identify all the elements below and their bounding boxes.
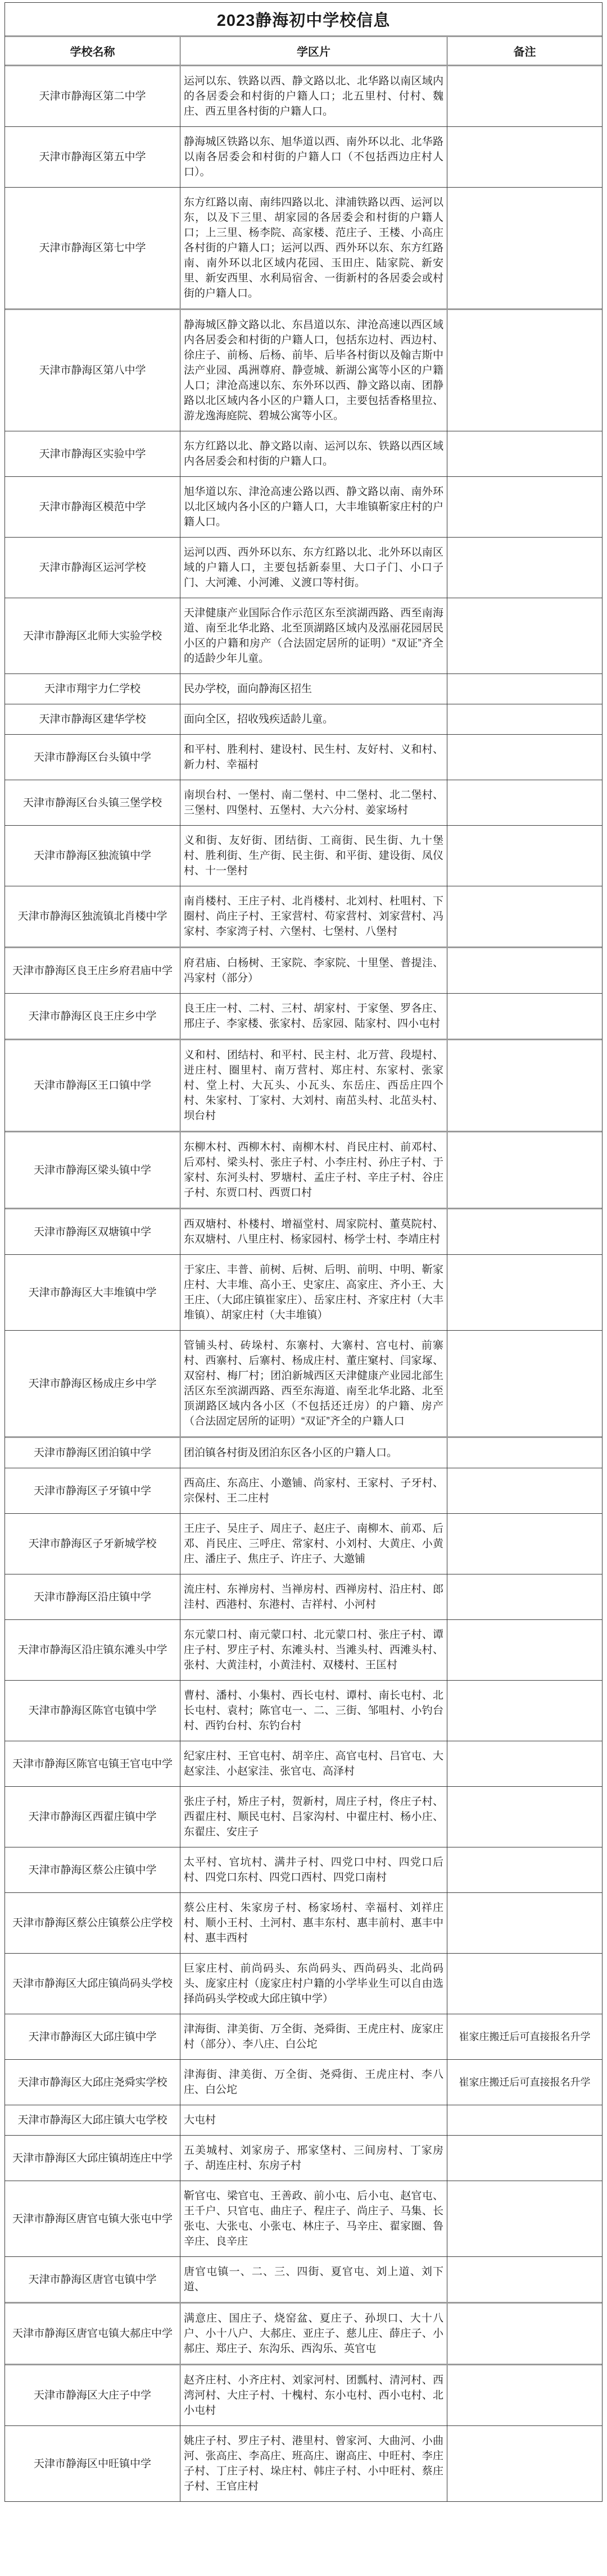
school-name-text: 天津市静海区陈官屯镇中学: [28, 1703, 156, 1718]
school-name-cell: 天津市翔宇力仁学校: [5, 674, 180, 704]
table-row: 天津市翔宇力仁学校 民办学校，面向静海区招生: [5, 674, 602, 704]
school-name-text: 天津市静海区第七中学: [39, 240, 146, 256]
district-text: 东元蒙口村、南元蒙口村、北元蒙口村、张庄子村、谭庄子村、罗庄子村、东滩头村、当滩…: [184, 1627, 443, 1673]
remark-cell: [447, 1954, 602, 2014]
district-cell: 面向全区，招收残疾适龄儿童。: [180, 704, 447, 734]
school-name-text: 天津市静海区大邱庄镇大屯学校: [17, 2113, 167, 2128]
district-text: 南坝台村、一堡村、南二堡村、中二堡村、北二堡村、三堡村、四堡村、五堡村、大六分村…: [184, 788, 443, 818]
district-cell: 流庄村、东禅房村、当禅房村、西禅房村、沿庄村、郎洼村、西港村、东港村、吉祥村、小…: [180, 1574, 447, 1619]
school-name-text: 天津市静海区第八中学: [39, 363, 146, 378]
district-text: 静海城区铁路以东、旭华道以西、南外环以北、北华路以南各居委会和村街的户籍人口（不…: [184, 134, 443, 180]
school-name-text: 天津市静海区沿庄镇东滩头中学: [17, 1642, 167, 1658]
school-name-cell: 天津市静海区大邱庄镇胡连庄中学: [5, 2136, 180, 2181]
school-name-cell: 天津市静海区良王庄乡府君庙中学: [5, 948, 180, 993]
district-text: 东柳木村、西柳木村、南柳木村、肖民庄村、前邓村、后邓村、梁头村、张庄子村、小李庄…: [184, 1140, 443, 1200]
district-text: 东方红路以南、南纬四路以北、津浦铁路以西、运河以东，以及下三里、胡家园的各居委会…: [184, 195, 443, 301]
table-row: 天津市静海区沿庄镇东滩头中学 东元蒙口村、南元蒙口村、北元蒙口村、张庄子村、谭庄…: [5, 1620, 602, 1681]
table-header: 学校名称 学区片 备注: [5, 37, 602, 66]
column-header-remark: 备注: [447, 37, 602, 65]
school-name-text: 天津市静海区良王庄乡府君庙中学: [12, 963, 173, 978]
district-cell: 大屯村: [180, 2105, 447, 2135]
remark-cell: [447, 1514, 602, 1574]
remark-cell: [447, 994, 602, 1039]
table-row: 天津市静海区唐官屯镇大郝庄中学 满意庄、国庄子、烧窑盆、夏庄子、孙坝口、大十八户…: [5, 2304, 602, 2365]
school-name-cell: 天津市静海区大邱庄尧舜实学校: [5, 2060, 180, 2105]
district-cell: 曹村、潘村、小集村、西长屯村、谭村、南长屯村、北长屯村、袁村；陈官屯一、二、三街…: [180, 1681, 447, 1741]
school-name-cell: 天津市静海区团泊镇中学: [5, 1438, 180, 1468]
district-cell: 西高庄、东高庄、小邀铺、尚家村、王家村、子牙村、宗保村、王二庄村: [180, 1468, 447, 1513]
table-row: 天津市静海区团泊镇中学 团泊镇各村街及团泊东区各小区的户籍人口。: [5, 1438, 602, 1468]
remark-cell: [447, 188, 602, 308]
table-row: 天津市静海区第二中学 运河以东、铁路以西、静文路以北、北华路以南区域内的各居委会…: [5, 66, 602, 127]
remark-cell: [447, 1620, 602, 1680]
remark-text: 崔家庄搬迁后可直接报名升学: [459, 2075, 591, 2090]
table-row: 天津市静海区台头镇中学 和平村、胜利村、建设村、民生村、友好村、义和村、新力村、…: [5, 735, 602, 780]
table-row: 天津市静海区独流镇中学 义和街、友好街、团结街、工商街、民生街、九十堡村、胜利街…: [5, 826, 602, 886]
remark-cell: [447, 2257, 602, 2302]
table-row: 天津市静海区模范中学 旭华道以东、津沧高速公路以西、静文路以南、南外环以北区域内…: [5, 477, 602, 538]
school-name-text: 天津市静海区独流镇中学: [34, 848, 151, 863]
table-row: 天津市静海区蔡公庄镇蔡公庄学校 蔡公庄村、朱家房子村、杨家场村、幸福村、刘祥庄村…: [5, 1893, 602, 1954]
district-text: 满意庄、国庄子、烧窑盆、夏庄子、孙坝口、大十八户、小十八户、大郝庄、亚庄子、慈儿…: [184, 2311, 443, 2356]
school-name-text: 天津市静海区唐官屯镇大郝庄中学: [12, 2326, 173, 2341]
school-name-text: 天津市静海区唐官屯镇大张屯中学: [12, 2211, 173, 2227]
district-cell: 府君庙、白杨树、王家院、李家院、十里堡、普提洼、冯家村（部分）: [180, 948, 447, 993]
school-name-cell: 天津市静海区第二中学: [5, 66, 180, 126]
school-name-text: 天津市静海区子牙镇中学: [34, 1483, 151, 1499]
remark-cell: [447, 2426, 602, 2501]
district-text: 津海街、津美街、万全街、尧舜街、王虎庄村、李八庄、白公坨: [184, 2067, 443, 2097]
district-cell: 管铺头村、砖垛村、东寨村、大寨村、宫屯村、前寨村、西寨村、后寨村、杨成庄村、董庄…: [180, 1331, 447, 1436]
school-name-cell: 天津市静海区独流镇中学: [5, 826, 180, 886]
district-text: 东方红路以北、静文路以南、运河以东、铁路以西区域内各居委会和村街的户籍人口。: [184, 439, 443, 469]
school-name-cell: 天津市静海区大庄子中学: [5, 2365, 180, 2425]
remark-cell: [447, 2105, 602, 2135]
table-row: 天津市静海区运河学校 运河以西、西外环以东、东方红路以北、北外环以南区域的户籍人…: [5, 538, 602, 598]
district-text: 津海街、津美街、万全街、尧舜街、王虎庄村、庞家庄村（部分）、李八庄、白公坨: [184, 2022, 443, 2052]
district-text: 天津健康产业国际合作示范区东至滨湖西路、西至南海道、南至北华北路、北至顶湖路区域…: [184, 606, 443, 666]
school-name-cell: 天津市静海区台头镇中学: [5, 735, 180, 780]
school-name-cell: 天津市静海区陈官屯镇中学: [5, 1681, 180, 1741]
remark-cell: [447, 1132, 602, 1208]
school-name-text: 天津市静海区陈官屯镇王官屯中学: [12, 1756, 173, 1772]
district-cell: 南肖楼村、王庄子村、北肖楼村、北刘村、杜咀村、下圈村、尚庄子村、王家营村、苟家营…: [180, 886, 447, 946]
district-text: 西双塘村、朴楼村、增福堂村、周家院村、董莫院村、东双塘村、八里庄村、杨家园村、杨…: [184, 1217, 443, 1247]
school-name-cell: 天津市静海区梁头镇中学: [5, 1132, 180, 1208]
school-name-text: 天津市静海区双塘镇中学: [34, 1225, 151, 1240]
district-text: 运河以东、铁路以西、静文路以北、北华路以南区域内的各居委会和村街的户籍人口；北五…: [184, 74, 443, 119]
school-name-cell: 天津市静海区实验中学: [5, 431, 180, 476]
school-name-text: 天津市静海区建华学校: [39, 712, 146, 727]
district-text: 赵齐庄村、小齐庄村、刘家河村、团瓢村、清河村、西湾河村、大庄子村、十槐村、东小屯…: [184, 2373, 443, 2418]
table-row: 天津市静海区中旺镇中学 姚庄子村、罗庄子村、港里村、曾家河、大曲河、小曲河、张高…: [5, 2426, 602, 2501]
remark-cell: [447, 2181, 602, 2256]
table-row: 天津市静海区唐官屯镇大张屯中学 靳官屯、梁官屯、王善政、前小屯、后小屯、赵官屯、…: [5, 2181, 602, 2257]
table-row: 天津市静海区大邱庄镇中学 津海街、津美街、万全街、尧舜街、王虎庄村、庞家庄村（部…: [5, 2014, 602, 2060]
school-name-cell: 天津市静海区台头镇三堡学校: [5, 780, 180, 825]
district-text: 良王庄一村、二村、三村、胡家村、于家堡、罗各庄、邢庄子、李家楼、张家村、岳家园、…: [184, 1001, 443, 1031]
table-row: 天津市静海区王口镇中学 义和村、团结村、和平村、民主村、北万营、段堤村、迸庄村、…: [5, 1040, 602, 1132]
school-name-cell: 天津市静海区西翟庄镇中学: [5, 1787, 180, 1847]
district-cell: 东方红路以北、静文路以南、运河以东、铁路以西区域内各居委会和村街的户籍人口。: [180, 431, 447, 476]
district-text: 太平村、官坑村、满井子村、四党口中村、四党口后村、四党口东村、四党口西村、四党口…: [184, 1855, 443, 1885]
school-name-text: 天津市翔宇力仁学校: [44, 681, 141, 697]
school-name-text: 天津市静海区子牙新城学校: [28, 1536, 156, 1551]
school-name-cell: 天津市静海区沿庄镇东滩头中学: [5, 1620, 180, 1680]
remark-cell: [447, 1438, 602, 1468]
remark-text: 崔家庄搬迁后可直接报名升学: [459, 2029, 591, 2045]
school-name-cell: 天津市静海区第七中学: [5, 188, 180, 308]
remark-cell: [447, 2365, 602, 2425]
district-text: 靳官屯、梁官屯、王善政、前小屯、后小屯、赵官屯、王千户、只官屯、曲庄子、程庄子、…: [184, 2188, 443, 2249]
district-text: 团泊镇各村街及团泊东区各小区的户籍人口。: [184, 1445, 443, 1460]
remark-cell: [447, 310, 602, 431]
district-cell: 运河以西、西外环以东、东方红路以北、北外环以南区域的户籍人口，主要包括新泰里、大…: [180, 538, 447, 598]
district-cell: 五美城村、刘家房子、邢家垡村、三间房村、丁家房子、胡连庄村、东房子村: [180, 2136, 447, 2181]
district-text: 唐官屯镇一、二、三、四街、夏官屯、刘上道、刘下道、: [184, 2264, 443, 2295]
table-row: 天津市静海区蔡公庄镇中学 太平村、官坑村、满井子村、四党口中村、四党口后村、四党…: [5, 1847, 602, 1893]
district-text: 府君庙、白杨树、王家院、李家院、十里堡、普提洼、冯家村（部分）: [184, 955, 443, 986]
school-name-text: 天津市静海区团泊镇中学: [34, 1445, 151, 1460]
table-row: 天津市静海区大邱庄镇大屯学校 大屯村: [5, 2105, 602, 2136]
school-name-text: 天津市静海区蔡公庄镇蔡公庄学校: [12, 1915, 173, 1931]
remark-cell: [447, 886, 602, 946]
table-row: 天津市静海区第五中学 静海城区铁路以东、旭华道以西、南外环以北、北华路以南各居委…: [5, 127, 602, 188]
district-text: 曹村、潘村、小集村、西长屯村、谭村、南长屯村、北长屯村、袁村；陈官屯一、二、三街…: [184, 1688, 443, 1733]
school-name-cell: 天津市静海区大邱庄镇尚码头学校: [5, 1954, 180, 2014]
school-name-text: 天津市静海区第五中学: [39, 149, 146, 165]
district-text: 于家庄、丰普、前树、后树、后明、前明、中明、靳家庄村、大丰堆、高小王、史家庄、高…: [184, 1262, 443, 1323]
district-text: 王庄子、吴庄子、周庄子、赵庄子、南柳木、前邓、后邓、肖民庄、三呼庄、常家村、小刘…: [184, 1521, 443, 1567]
district-cell: 太平村、官坑村、满井子村、四党口中村、四党口后村、四党口东村、四党口西村、四党口…: [180, 1847, 447, 1892]
school-name-text: 天津市静海区唐官屯镇中学: [28, 2272, 156, 2287]
table-row: 天津市静海区良王庄乡中学 良王庄一村、二村、三村、胡家村、于家堡、罗各庄、邢庄子…: [5, 994, 602, 1040]
district-cell: 东柳木村、西柳木村、南柳木村、肖民庄村、前邓村、后邓村、梁头村、张庄子村、小李庄…: [180, 1132, 447, 1208]
district-text: 义和村、团结村、和平村、民主村、北万营、段堤村、迸庄村、圈里村、南万营村、郑庄村…: [184, 1048, 443, 1123]
school-name-text: 天津市静海区独流镇北肖楼中学: [17, 909, 167, 924]
table-row: 天津市静海区子牙镇中学 西高庄、东高庄、小邀铺、尚家村、王家村、子牙村、宗保村、…: [5, 1468, 602, 1514]
table-row: 天津市静海区第八中学 静海城区静文路以北、东昌道以东、津沧高速以西区域内各居委会…: [5, 310, 602, 431]
remark-cell: [447, 1574, 602, 1619]
district-text: 旭华道以东、津沧高速公路以西、静文路以南、南外环以北区域内各小区的户籍人口，大丰…: [184, 484, 443, 530]
remark-cell: 崔家庄搬迁后可直接报名升学: [447, 2060, 602, 2105]
school-name-cell: 天津市静海区中旺镇中学: [5, 2426, 180, 2501]
district-text: 张庄子村，矫庄子村，贺新村，周庄子村，佟庄子村、西翟庄村、顺民屯村、吕家沟村、中…: [184, 1794, 443, 1840]
district-cell: 西双塘村、朴楼村、增福堂村、周家院村、董莫院村、东双塘村、八里庄村、杨家园村、杨…: [180, 1209, 447, 1254]
school-name-text: 天津市静海区大邱庄尧舜实学校: [17, 2075, 167, 2090]
table-row: 天津市静海区大丰堆镇中学 于家庄、丰普、前树、后树、后明、前明、中明、靳家庄村、…: [5, 1255, 602, 1331]
school-name-cell: 天津市静海区唐官屯镇大郝庄中学: [5, 2304, 180, 2364]
district-cell: 东元蒙口村、南元蒙口村、北元蒙口村、张庄子村、谭庄子村、罗庄子村、东滩头村、当滩…: [180, 1620, 447, 1680]
school-name-cell: 天津市静海区独流镇北肖楼中学: [5, 886, 180, 946]
district-text: 运河以西、西外环以东、东方红路以北、北外环以南区域的户籍人口，主要包括新泰里、大…: [184, 545, 443, 590]
remark-cell: [447, 127, 602, 187]
district-text: 民办学校，面向静海区招生: [184, 681, 443, 697]
school-name-text: 天津市静海区台头镇中学: [34, 750, 151, 765]
district-cell: 静海城区静文路以北、东昌道以东、津沧高速以西区域内各居委会和村街的户籍人口，包括…: [180, 310, 447, 431]
school-name-text: 天津市静海区实验中学: [39, 447, 146, 462]
remark-cell: [447, 1040, 602, 1131]
remark-cell: [447, 780, 602, 825]
remark-cell: [447, 704, 602, 734]
school-name-cell: 天津市静海区双塘镇中学: [5, 1209, 180, 1254]
school-name-cell: 天津市静海区大邱庄镇中学: [5, 2014, 180, 2059]
district-cell: 津海街、津美街、万全街、尧舜街、王虎庄村、庞家庄村（部分）、李八庄、白公坨: [180, 2014, 447, 2059]
remark-cell: [447, 2304, 602, 2364]
table-row: 天津市静海区建华学校 面向全区，招收残疾适龄儿童。: [5, 704, 602, 735]
school-name-cell: 天津市静海区良王庄乡中学: [5, 994, 180, 1039]
district-cell: 良王庄一村、二村、三村、胡家村、于家堡、罗各庄、邢庄子、李家楼、张家村、岳家园、…: [180, 994, 447, 1039]
table-row: 天津市静海区大邱庄镇胡连庄中学 五美城村、刘家房子、邢家垡村、三间房村、丁家房子…: [5, 2136, 602, 2181]
remark-cell: [447, 674, 602, 704]
district-text: 义和街、友好街、团结街、工商街、民生街、九十堡村、胜利街、生产街、民主街、和平街…: [184, 833, 443, 879]
table-row: 天津市静海区大邱庄镇尚码头学校 巨家庄村、前尚码头、东尚码头、西尚码头、北尚码头…: [5, 1954, 602, 2014]
district-cell: 民办学校，面向静海区招生: [180, 674, 447, 704]
school-name-cell: 天津市静海区沿庄镇中学: [5, 1574, 180, 1619]
school-name-cell: 天津市静海区唐官屯镇中学: [5, 2257, 180, 2302]
district-cell: 旭华道以东、津沧高速公路以西、静文路以南、南外环以北区域内各小区的户籍人口，大丰…: [180, 477, 447, 537]
table-row: 天津市静海区双塘镇中学 西双塘村、朴楼村、增福堂村、周家院村、董莫院村、东双塘村…: [5, 1209, 602, 1255]
school-name-text: 天津市静海区西翟庄镇中学: [28, 1809, 156, 1824]
table-row: 天津市静海区良王庄乡府君庙中学 府君庙、白杨树、王家院、李家院、十里堡、普提洼、…: [5, 948, 602, 994]
school-name-cell: 天津市静海区杨成庄乡中学: [5, 1331, 180, 1436]
district-cell: 王庄子、吴庄子、周庄子、赵庄子、南柳木、前邓、后邓、肖民庄、三呼庄、常家村、小刘…: [180, 1514, 447, 1574]
school-name-cell: 天津市静海区第八中学: [5, 310, 180, 431]
district-cell: 南坝台村、一堡村、南二堡村、中二堡村、北二堡村、三堡村、四堡村、五堡村、大六分村…: [180, 780, 447, 825]
remark-cell: [447, 431, 602, 476]
district-cell: 天津健康产业国际合作示范区东至滨湖西路、西至南海道、南至北华北路、北至顶湖路区域…: [180, 598, 447, 673]
district-text: 南肖楼村、王庄子村、北肖楼村、北刘村、杜咀村、下圈村、尚庄子村、王家营村、苟家营…: [184, 894, 443, 939]
remark-cell: [447, 1847, 602, 1892]
school-name-cell: 天津市静海区陈官屯镇王官屯中学: [5, 1741, 180, 1786]
district-cell: 运河以东、铁路以西、静文路以北、北华路以南区域内的各居委会和村街的户籍人口；北五…: [180, 66, 447, 126]
district-cell: 巨家庄村、前尚码头、东尚码头、西尚码头、北尚码头、庞家庄村（庞家庄村户籍的小学毕…: [180, 1954, 447, 2014]
district-cell: 纪家庄村、王官屯村、胡辛庄、高官屯村、吕官屯、大赵家洼、小赵家洼、张官屯、高泽村: [180, 1741, 447, 1786]
district-cell: 静海城区铁路以东、旭华道以西、南外环以北、北华路以南各居委会和村街的户籍人口（不…: [180, 127, 447, 187]
remark-cell: [447, 66, 602, 126]
district-text: 蔡公庄村、朱家房子村、杨家场村、幸福村、刘祥庄村、顺小王村、土河村、惠丰东村、惠…: [184, 1900, 443, 1946]
table-row: 天津市静海区实验中学 东方红路以北、静文路以南、运河以东、铁路以西区域内各居委会…: [5, 431, 602, 477]
district-cell: 义和街、友好街、团结街、工商街、民生街、九十堡村、胜利街、生产街、民主街、和平街…: [180, 826, 447, 886]
column-header-district: 学区片: [180, 37, 447, 65]
remark-cell: [447, 735, 602, 780]
school-name-cell: 天津市静海区子牙新城学校: [5, 1514, 180, 1574]
remark-cell: [447, 826, 602, 886]
school-name-text: 天津市静海区大丰堆镇中学: [28, 1285, 156, 1300]
page: 2023静海初中学校信息 学校名称 学区片 备注 天津市静海区第二中学 运河以东…: [0, 0, 607, 2504]
school-name-cell: 天津市静海区运河学校: [5, 538, 180, 598]
school-name-cell: 天津市静海区唐官屯镇大张屯中学: [5, 2181, 180, 2256]
table-row: 天津市静海区梁头镇中学 东柳木村、西柳木村、南柳木村、肖民庄村、前邓村、后邓村、…: [5, 1132, 602, 1209]
remark-cell: [447, 1681, 602, 1741]
remark-cell: [447, 1741, 602, 1786]
remark-cell: [447, 948, 602, 993]
school-name-cell: 天津市静海区大邱庄镇大屯学校: [5, 2105, 180, 2135]
school-name-text: 天津市静海区模范中学: [39, 499, 146, 515]
remark-cell: [447, 598, 602, 673]
remark-cell: [447, 538, 602, 598]
district-cell: 满意庄、国庄子、烧窑盆、夏庄子、孙坝口、大十八户、小十八户、大郝庄、亚庄子、慈儿…: [180, 2304, 447, 2364]
table-row: 天津市静海区西翟庄镇中学 张庄子村，矫庄子村，贺新村，周庄子村，佟庄子村、西翟庄…: [5, 1787, 602, 1847]
remark-cell: [447, 1468, 602, 1513]
district-text: 姚庄子村、罗庄子村、港里村、曾家河、大曲河、小曲河、张高庄、李高庄、班高庄、谢高…: [184, 2433, 443, 2494]
school-name-text: 天津市静海区大邱庄镇胡连庄中学: [12, 2151, 173, 2166]
table-row: 天津市静海区台头镇三堡学校 南坝台村、一堡村、南二堡村、中二堡村、北二堡村、三堡…: [5, 780, 602, 826]
table-row: 天津市静海区陈官屯镇王官屯中学 纪家庄村、王官屯村、胡辛庄、高官屯村、吕官屯、大…: [5, 1741, 602, 1787]
school-name-text: 天津市静海区台头镇三堡学校: [23, 795, 162, 811]
remark-cell: 崔家庄搬迁后可直接报名升学: [447, 2014, 602, 2059]
table-row: 天津市静海区唐官屯镇中学 唐官屯镇一、二、三、四街、夏官屯、刘上道、刘下道、: [5, 2257, 602, 2304]
district-text: 面向全区，招收残疾适龄儿童。: [184, 712, 443, 727]
district-text: 管铺头村、砖垛村、东寨村、大寨村、宫屯村、前寨村、西寨村、后寨村、杨成庄村、董庄…: [184, 1338, 443, 1429]
school-name-cell: 天津市静海区蔡公庄镇蔡公庄学校: [5, 1893, 180, 1953]
district-text: 流庄村、东禅房村、当禅房村、西禅房村、沿庄村、郎洼村、西港村、东港村、吉祥村、小…: [184, 1582, 443, 1612]
school-name-text: 天津市静海区杨成庄乡中学: [28, 1376, 156, 1391]
table-row: 天津市静海区第七中学 东方红路以南、南纬四路以北、津浦铁路以西、运河以东，以及下…: [5, 188, 602, 310]
remark-cell: [447, 1209, 602, 1254]
table-body: 天津市静海区第二中学 运河以东、铁路以西、静文路以北、北华路以南区域内的各居委会…: [5, 66, 602, 2501]
district-text: 静海城区静文路以北、东昌道以东、津沧高速以西区域内各居委会和村街的户籍人口，包括…: [184, 317, 443, 424]
remark-cell: [447, 1255, 602, 1330]
table-row: 天津市静海区杨成庄乡中学 管铺头村、砖垛村、东寨村、大寨村、宫屯村、前寨村、西寨…: [5, 1331, 602, 1438]
district-cell: 津海街、津美街、万全街、尧舜街、王虎庄村、李八庄、白公坨: [180, 2060, 447, 2105]
school-name-text: 天津市静海区大邱庄镇中学: [28, 2029, 156, 2045]
school-name-cell: 天津市静海区王口镇中学: [5, 1040, 180, 1131]
district-cell: 东方红路以南、南纬四路以北、津浦铁路以西、运河以东，以及下三里、胡家园的各居委会…: [180, 188, 447, 308]
remark-cell: [447, 1787, 602, 1847]
district-cell: 靳官屯、梁官屯、王善政、前小屯、后小屯、赵官屯、王千户、只官屯、曲庄子、程庄子、…: [180, 2181, 447, 2256]
district-cell: 于家庄、丰普、前树、后树、后明、前明、中明、靳家庄村、大丰堆、高小王、史家庄、高…: [180, 1255, 447, 1330]
remark-cell: [447, 1893, 602, 1953]
district-text: 巨家庄村、前尚码头、东尚码头、西尚码头、北尚码头、庞家庄村（庞家庄村户籍的小学毕…: [184, 1961, 443, 2006]
school-name-text: 天津市静海区第二中学: [39, 89, 146, 104]
district-text: 纪家庄村、王官屯村、胡辛庄、高官屯村、吕官屯、大赵家洼、小赵家洼、张官屯、高泽村: [184, 1749, 443, 1779]
school-name-cell: 天津市静海区蔡公庄镇中学: [5, 1847, 180, 1892]
school-name-cell: 天津市静海区北师大实验学校: [5, 598, 180, 673]
table-row: 天津市静海区陈官屯镇中学 曹村、潘村、小集村、西长屯村、谭村、南长屯村、北长屯村…: [5, 1681, 602, 1741]
school-name-text: 天津市静海区王口镇中学: [34, 1078, 151, 1093]
school-name-cell: 天津市静海区大丰堆镇中学: [5, 1255, 180, 1330]
school-name-text: 天津市静海区大邱庄镇尚码头学校: [12, 1976, 173, 1991]
school-name-text: 天津市静海区蔡公庄镇中学: [28, 1863, 156, 1878]
remark-cell: [447, 1331, 602, 1436]
district-text: 西高庄、东高庄、小邀铺、尚家村、王家村、子牙村、宗保村、王二庄村: [184, 1476, 443, 1506]
district-cell: 唐官屯镇一、二、三、四街、夏官屯、刘上道、刘下道、: [180, 2257, 447, 2302]
remark-cell: [447, 2136, 602, 2181]
school-name-text: 天津市静海区运河学校: [39, 560, 146, 575]
school-name-cell: 天津市静海区模范中学: [5, 477, 180, 537]
school-name-text: 天津市静海区梁头镇中学: [34, 1163, 151, 1178]
table-row: 天津市静海区大庄子中学 赵齐庄村、小齐庄村、刘家河村、团瓢村、清河村、西湾河村、…: [5, 2365, 602, 2426]
district-text: 和平村、胜利村、建设村、民生村、友好村、义和村、新力村、幸福村: [184, 742, 443, 772]
school-name-cell: 天津市静海区建华学校: [5, 704, 180, 734]
table-row: 天津市静海区独流镇北肖楼中学 南肖楼村、王庄子村、北肖楼村、北刘村、杜咀村、下圈…: [5, 886, 602, 948]
district-cell: 义和村、团结村、和平村、民主村、北万营、段堤村、迸庄村、圈里村、南万营村、郑庄村…: [180, 1040, 447, 1131]
school-name-cell: 天津市静海区第五中学: [5, 127, 180, 187]
district-cell: 姚庄子村、罗庄子村、港里村、曾家河、大曲河、小曲河、张高庄、李高庄、班高庄、谢高…: [180, 2426, 447, 2501]
district-text: 大屯村: [184, 2113, 443, 2128]
page-title: 2023静海初中学校信息: [5, 3, 602, 37]
school-name-cell: 天津市静海区子牙镇中学: [5, 1468, 180, 1513]
school-name-text: 天津市静海区良王庄乡中学: [28, 1009, 156, 1024]
district-text: 五美城村、刘家房子、邢家垡村、三间房村、丁家房子、胡连庄村、东房子村: [184, 2143, 443, 2173]
table-row: 天津市静海区子牙新城学校 王庄子、吴庄子、周庄子、赵庄子、南柳木、前邓、后邓、肖…: [5, 1514, 602, 1574]
table-row: 天津市静海区大邱庄尧舜实学校 津海街、津美街、万全街、尧舜街、王虎庄村、李八庄、…: [5, 2060, 602, 2105]
school-name-text: 天津市静海区北师大实验学校: [23, 629, 162, 644]
remark-cell: [447, 477, 602, 537]
school-name-text: 天津市静海区沿庄镇中学: [34, 1590, 151, 1605]
school-name-text: 天津市静海区中旺镇中学: [34, 2456, 151, 2472]
school-name-text: 天津市静海区大庄子中学: [34, 2388, 151, 2403]
table-row: 天津市静海区北师大实验学校 天津健康产业国际合作示范区东至滨湖西路、西至南海道、…: [5, 598, 602, 674]
district-cell: 蔡公庄村、朱家房子村、杨家场村、幸福村、刘祥庄村、顺小王村、土河村、惠丰东村、惠…: [180, 1893, 447, 1953]
table-row: 天津市静海区沿庄镇中学 流庄村、东禅房村、当禅房村、西禅房村、沿庄村、郎洼村、西…: [5, 1574, 602, 1620]
district-cell: 张庄子村，矫庄子村，贺新村，周庄子村，佟庄子村、西翟庄村、顺民屯村、吕家沟村、中…: [180, 1787, 447, 1847]
school-info-table: 2023静海初中学校信息 学校名称 学区片 备注 天津市静海区第二中学 运河以东…: [4, 2, 603, 2502]
column-header-school-name: 学校名称: [5, 37, 180, 65]
district-cell: 团泊镇各村街及团泊东区各小区的户籍人口。: [180, 1438, 447, 1468]
district-cell: 和平村、胜利村、建设村、民生村、友好村、义和村、新力村、幸福村: [180, 735, 447, 780]
district-cell: 赵齐庄村、小齐庄村、刘家河村、团瓢村、清河村、西湾河村、大庄子村、十槐村、东小屯…: [180, 2365, 447, 2425]
